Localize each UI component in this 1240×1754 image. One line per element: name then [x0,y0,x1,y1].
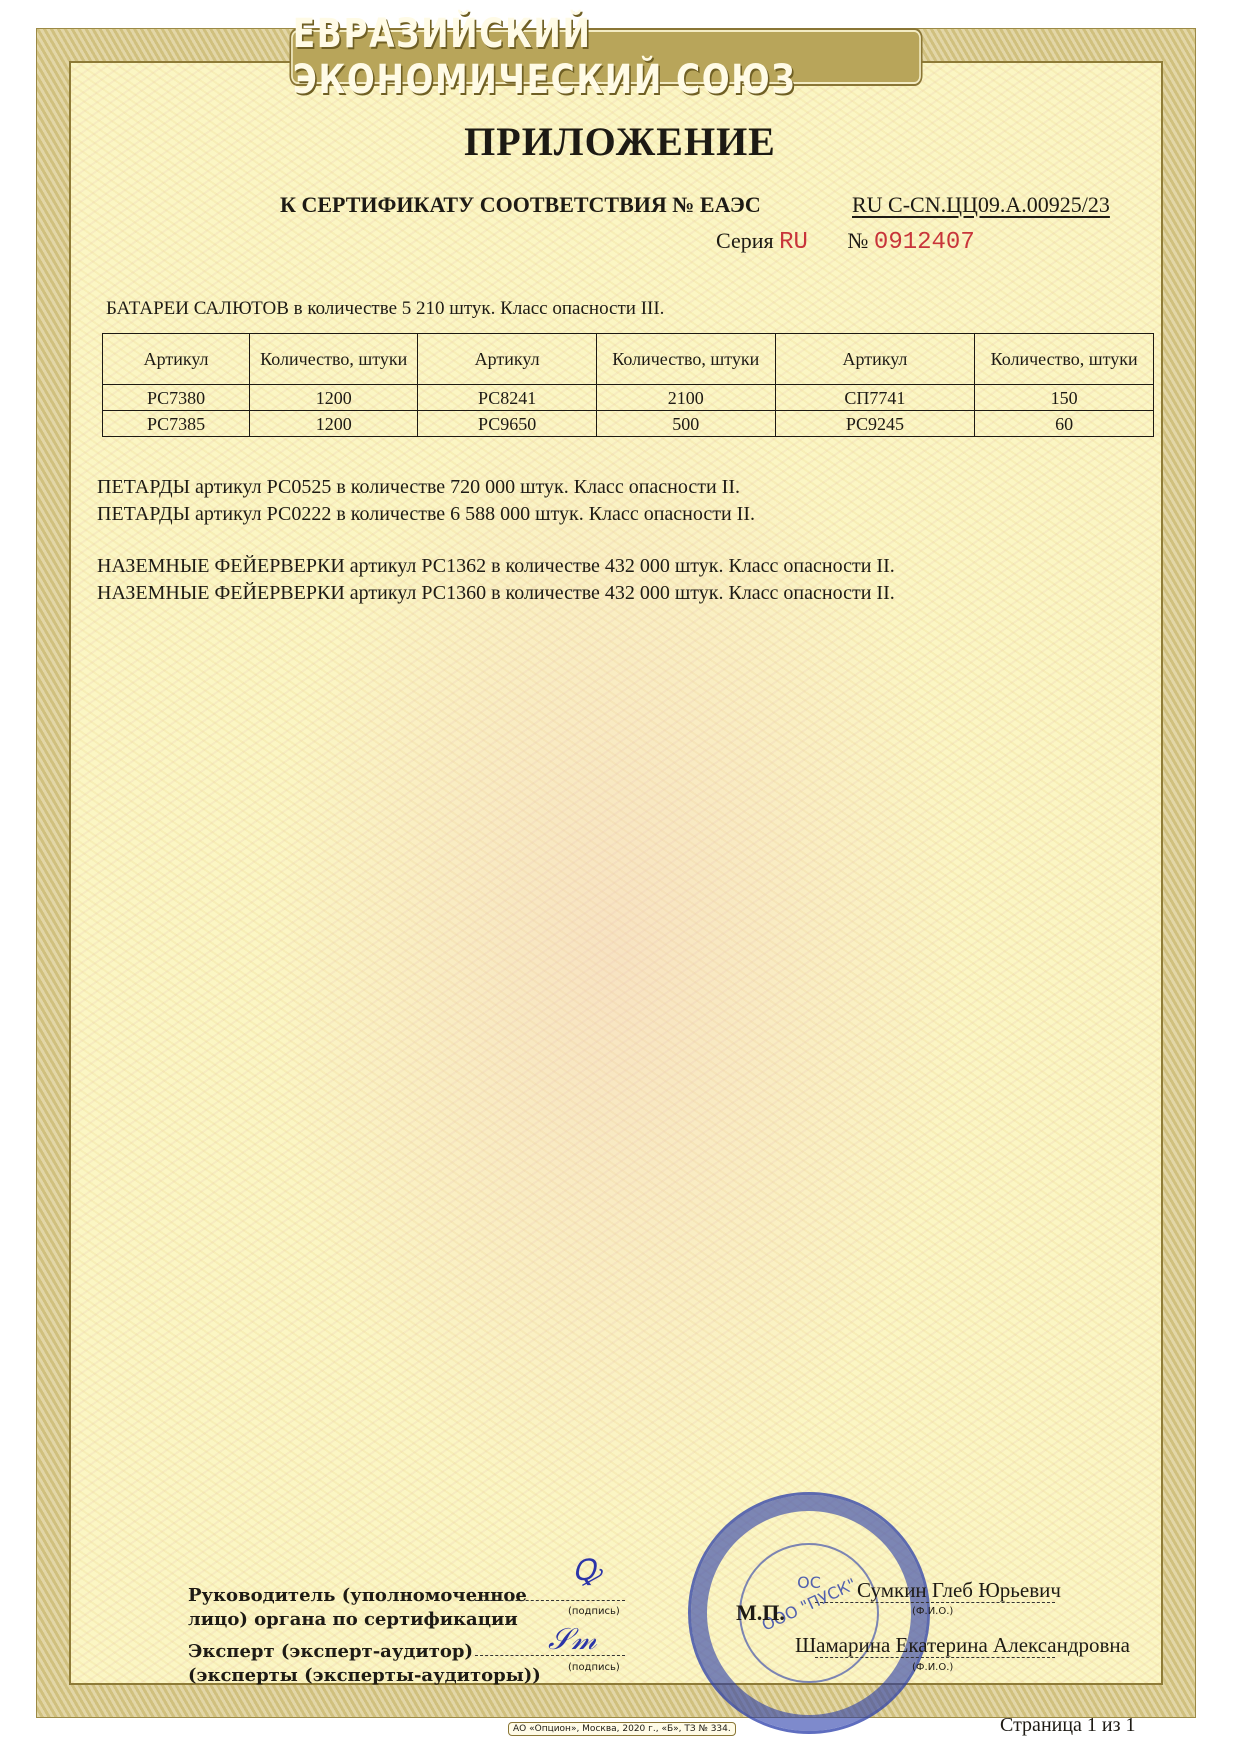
table-cell: СП7741 [775,385,975,411]
series-line: Серия RU № 0912407 [716,228,975,256]
expert-name: Шамарина Екатерина Александровна [795,1633,1130,1658]
column-header: Количество, штуки [975,334,1154,385]
table-row: РС7380 1200 РС8241 2100 СП7741 150 [103,385,1154,411]
signature-caption: (подпись) [568,1606,620,1617]
table-cell: 60 [975,411,1154,437]
column-header: Артикул [775,334,975,385]
union-banner: ЕВРАЗИЙСКИЙ ЭКОНОМИЧЕСКИЙ СОЮЗ [291,30,921,84]
batteries-intro: БАТАРЕИ САЛЮТОВ в количестве 5 210 штук.… [106,298,664,320]
series-value: RU [779,229,808,256]
organization-stamp: ОС ООО "ПУСК" [688,1492,930,1734]
expert-signature: 𝒮𝓂 [548,1622,597,1657]
firecracker-line: ПЕТАРДЫ артикул РС0525 в количестве 720 … [97,476,740,499]
certificate-number: RU C-CN.ЦЦ09.А.00925/23 [852,192,1110,218]
table-cell: 150 [975,385,1154,411]
firecracker-line: ПЕТАРДЫ артикул РС0222 в количестве 6 58… [97,503,755,526]
page-number: Страница 1 из 1 [1000,1714,1136,1737]
table-cell: 2100 [596,385,775,411]
table-cell: 1200 [250,385,418,411]
series-label: Серия [716,228,774,253]
column-header: Артикул [418,334,597,385]
head-label: Руководитель (уполномоченное лицо) орган… [188,1584,527,1632]
table-cell: РС9245 [775,411,975,437]
certificate-border [36,28,1196,1718]
name-caption: (Ф.И.О.) [912,1662,953,1673]
head-signature-line [475,1600,625,1601]
number-value: 0912407 [874,229,975,256]
head-name: Сумкин Глеб Юрьевич [857,1578,1061,1603]
certificate-subtitle: К СЕРТИФИКАТУ СООТВЕТСТВИЯ № ЕАЭС [280,192,761,218]
batteries-table: Артикул Количество, штуки Артикул Количе… [102,333,1154,437]
seal-label: М.П. [736,1600,785,1626]
ground-fireworks-line: НАЗЕМНЫЕ ФЕЙЕРВЕРКИ артикул РС1362 в кол… [97,555,895,578]
signature-caption: (подпись) [568,1662,620,1673]
table-header-row: Артикул Количество, штуки Артикул Количе… [103,334,1154,385]
table-cell: РС8241 [418,385,597,411]
table-row: РС7385 1200 РС9650 500 РС9245 60 [103,411,1154,437]
table-cell: 1200 [250,411,418,437]
printer-imprint: АО «Опцион», Москва, 2020 г., «Б», ТЗ № … [508,1722,736,1736]
head-signature: Ꝙ [572,1548,601,1589]
number-label: № [847,228,868,253]
column-header: Артикул [103,334,250,385]
page-title: ПРИЛОЖЕНИЕ [0,118,1240,165]
name-caption: (Ф.И.О.) [912,1606,953,1617]
table-cell: РС7380 [103,385,250,411]
ground-fireworks-line: НАЗЕМНЫЕ ФЕЙЕРВЕРКИ артикул РС1360 в кол… [97,582,895,605]
expert-label: Эксперт (эксперт-аудитор) (эксперты (экс… [188,1640,541,1688]
column-header: Количество, штуки [596,334,775,385]
table-cell: 500 [596,411,775,437]
table-cell: РС7385 [103,411,250,437]
column-header: Количество, штуки [250,334,418,385]
table-cell: РС9650 [418,411,597,437]
